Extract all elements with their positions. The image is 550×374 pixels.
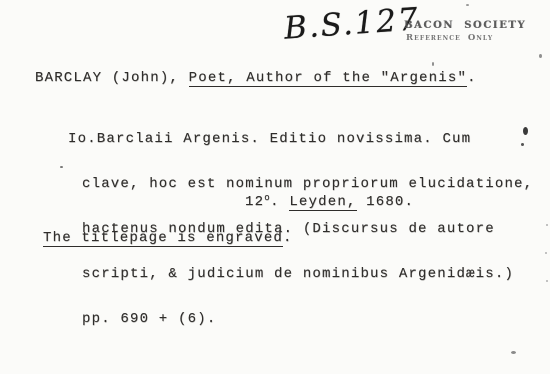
imprint-year: 1680.: [357, 194, 415, 210]
note-line: The titlepage is engraved.: [43, 231, 293, 246]
note-text-underlined: The titlepage is engraved: [43, 230, 283, 247]
library-stamp: BACON SOCIETY Reference Only: [404, 20, 526, 43]
entry-line: scripti, & judicium de nominibus Argenid…: [82, 267, 533, 282]
entry-heading: BARCLAY (John), Poet, Author of the "Arg…: [35, 71, 477, 86]
ink-speck: [545, 252, 547, 254]
imprint-place-underlined: Leyden,: [289, 194, 356, 211]
entry-line: clave, hoc est nominum propriorum elucid…: [82, 177, 533, 192]
stamp-line2: Reference Only: [406, 33, 526, 43]
format-size: 12: [245, 194, 264, 210]
ink-speck: [546, 280, 548, 282]
heading-descriptor-underlined: Poet, Author of the "Argenis": [189, 70, 467, 87]
ink-speck: [466, 4, 469, 6]
note-period: .: [283, 230, 293, 246]
ink-speck: [539, 54, 542, 58]
heading-period: .: [467, 70, 477, 86]
ink-speck: [523, 127, 528, 135]
stamp-line1: BACON SOCIETY: [404, 20, 526, 31]
heading-author: BARCLAY (John),: [35, 70, 189, 86]
entry-line: Io.Barclaii Argenis. Editio novissima. C…: [68, 132, 533, 147]
handwritten-call-number: B.S.127: [283, 1, 421, 46]
entry-line: pp. 690 + (6).: [82, 312, 533, 327]
catalog-card: B.S.127 BACON SOCIETY Reference Only BAR…: [0, 0, 550, 374]
imprint-line: 12o. Leyden, 1680.: [245, 191, 414, 210]
imprint-separator: .: [270, 194, 289, 210]
ink-speck: [521, 143, 524, 146]
ink-speck: [546, 224, 548, 226]
ink-speck: [60, 166, 63, 168]
ink-speck: [511, 351, 516, 354]
ink-speck: [432, 62, 434, 66]
